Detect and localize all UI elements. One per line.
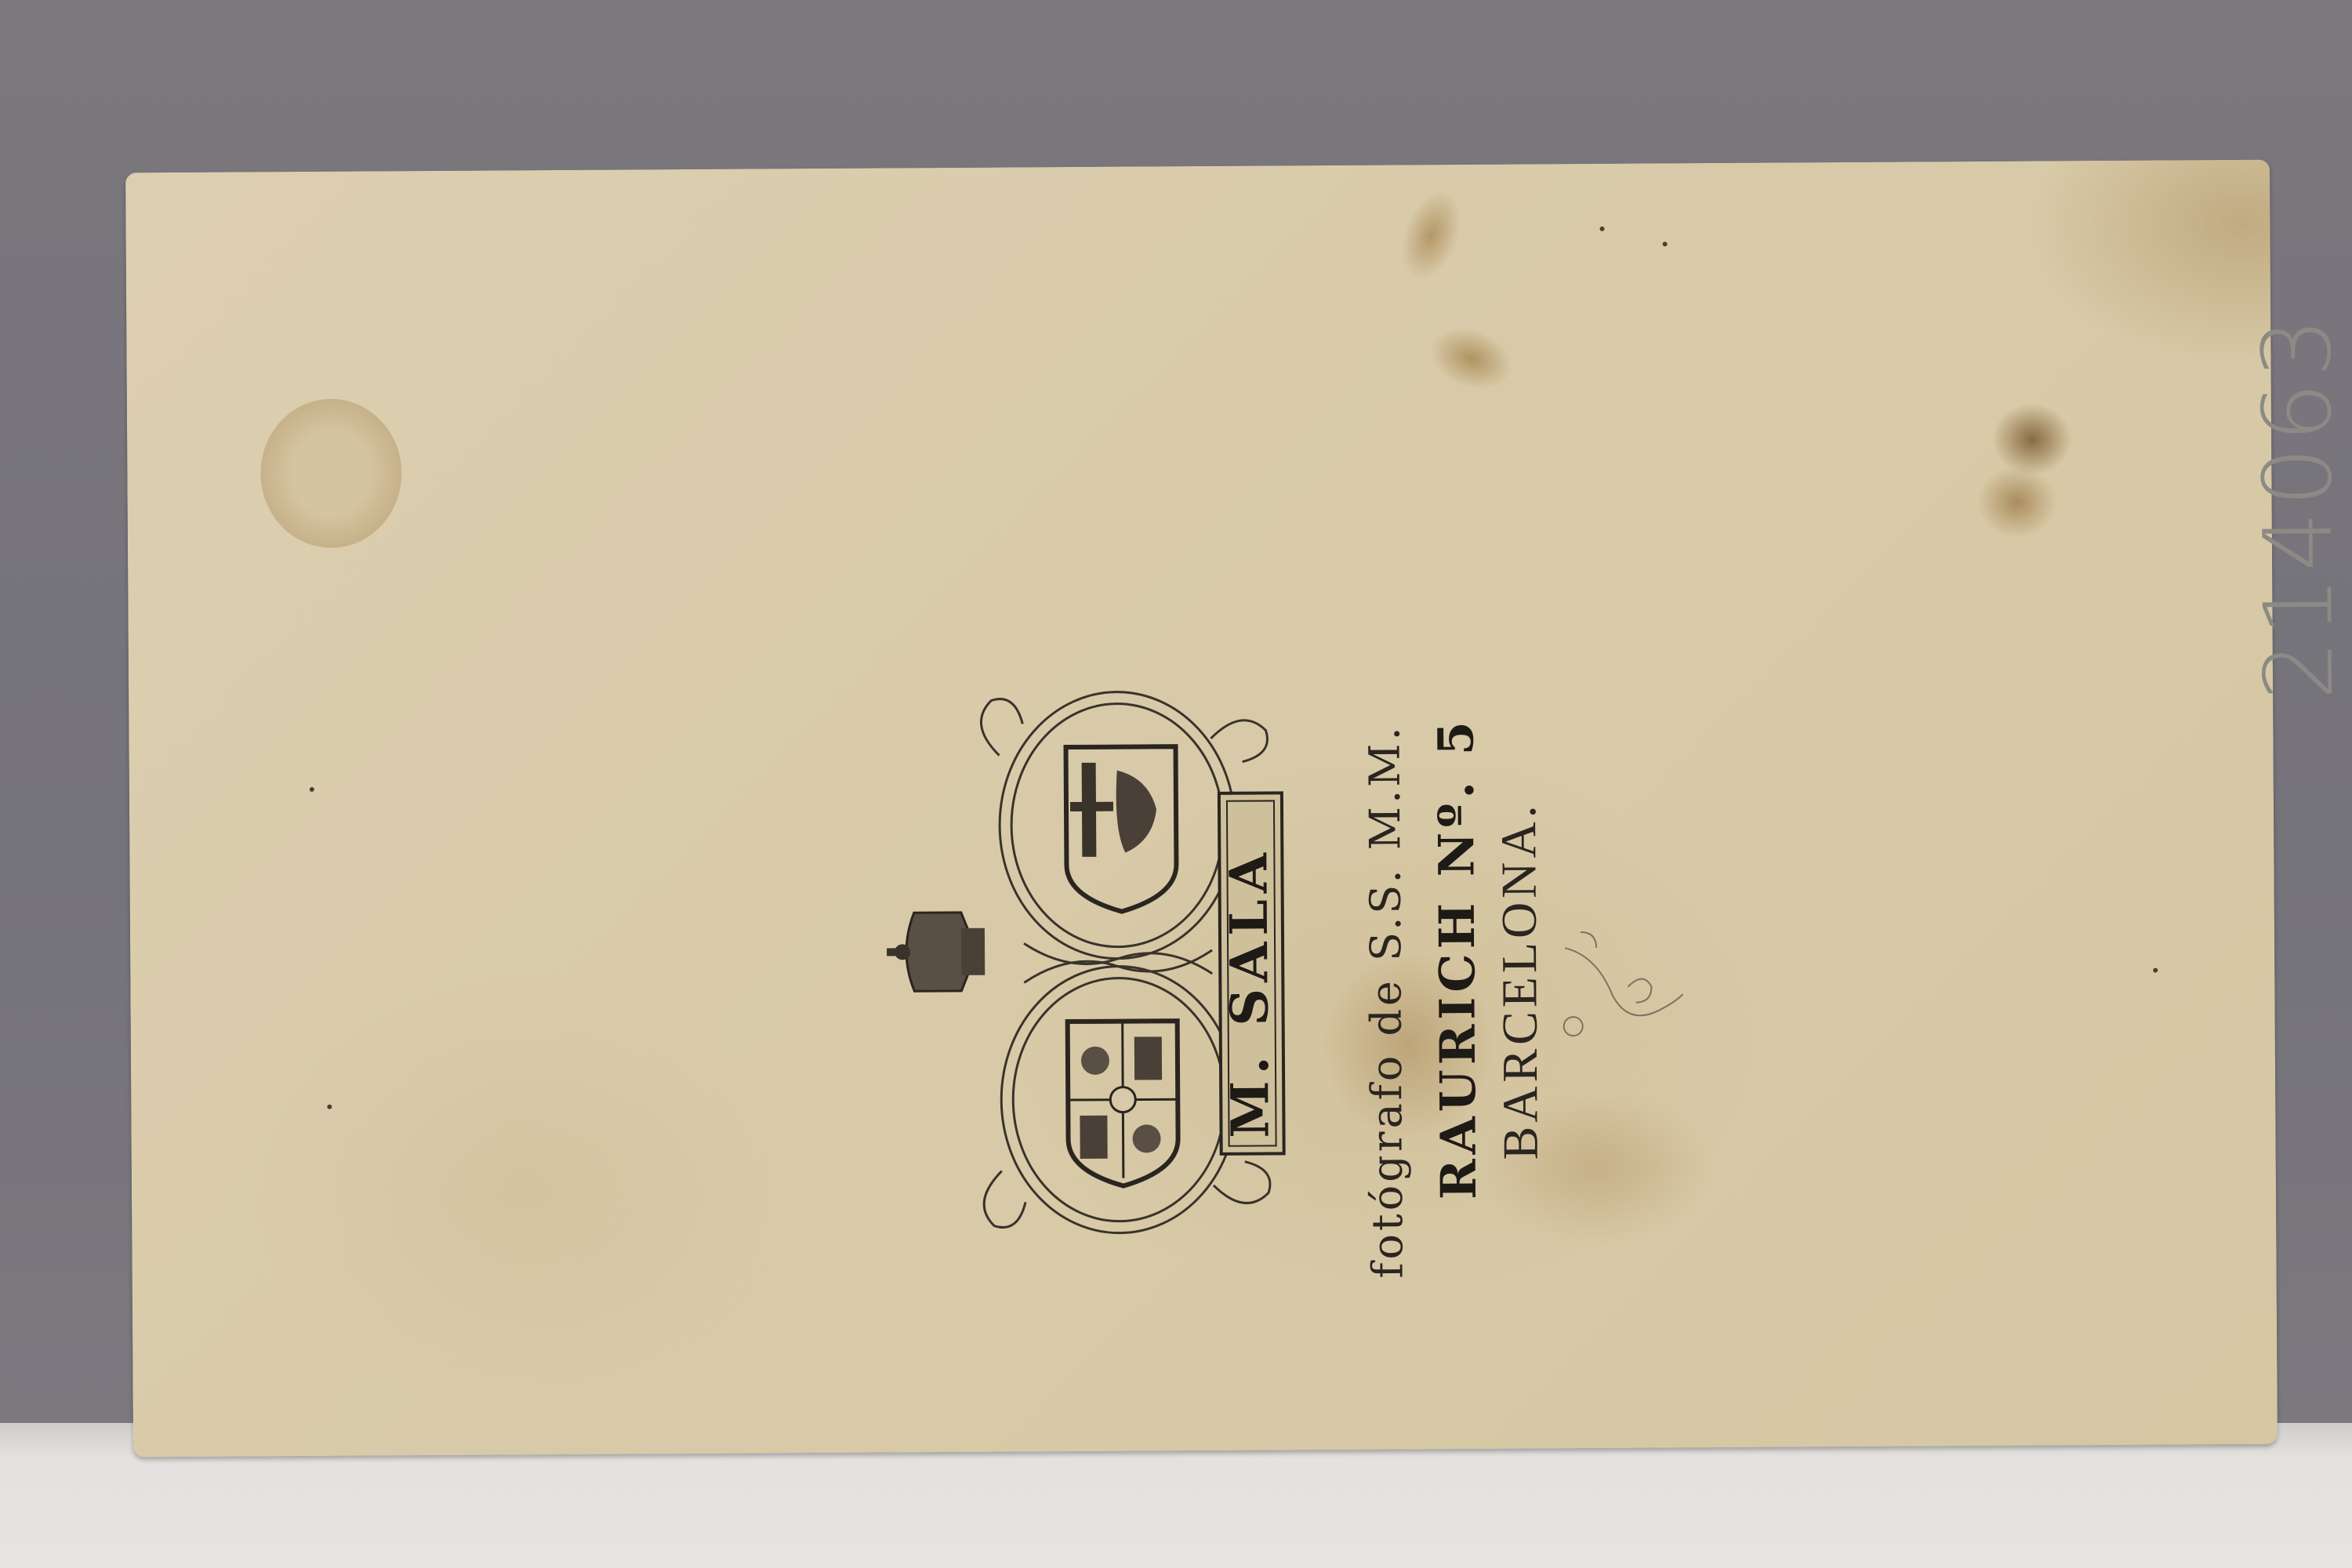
imprint-city: BARCELONA. [1490,801,1550,1160]
speck [1599,227,1604,231]
monogram-text: M. SALA [1218,847,1280,1138]
crown-icon [887,913,985,992]
speck [310,787,314,792]
speck [2153,968,2158,973]
upper-frame [999,691,1236,960]
foxing-stain [1977,466,2056,538]
water-stain [260,398,402,548]
foxing-stain [1389,182,1472,289]
imprint-address: RAURICH Nº. 5 [1427,717,1487,1200]
coat-of-arms-spain-icon [1068,1021,1178,1186]
foxing-stain [1993,404,2072,475]
speck [1663,241,1668,246]
speck [327,1105,332,1109]
foxing-stain [1421,317,1522,401]
flourish-ornament-icon [1549,916,1691,1050]
royal-crest-emblem: M. SALA [881,675,1292,1250]
imprint-title: fotógrafo de S.S. M.M. [1359,724,1412,1279]
coat-of-arms-barcelona-icon [1066,746,1177,912]
carte-de-visite-card: M. SALA fotógrafo de S.S. M.M. RAURICH N… [125,160,2278,1457]
pencil-catalog-number: 214063 [2243,313,2352,701]
